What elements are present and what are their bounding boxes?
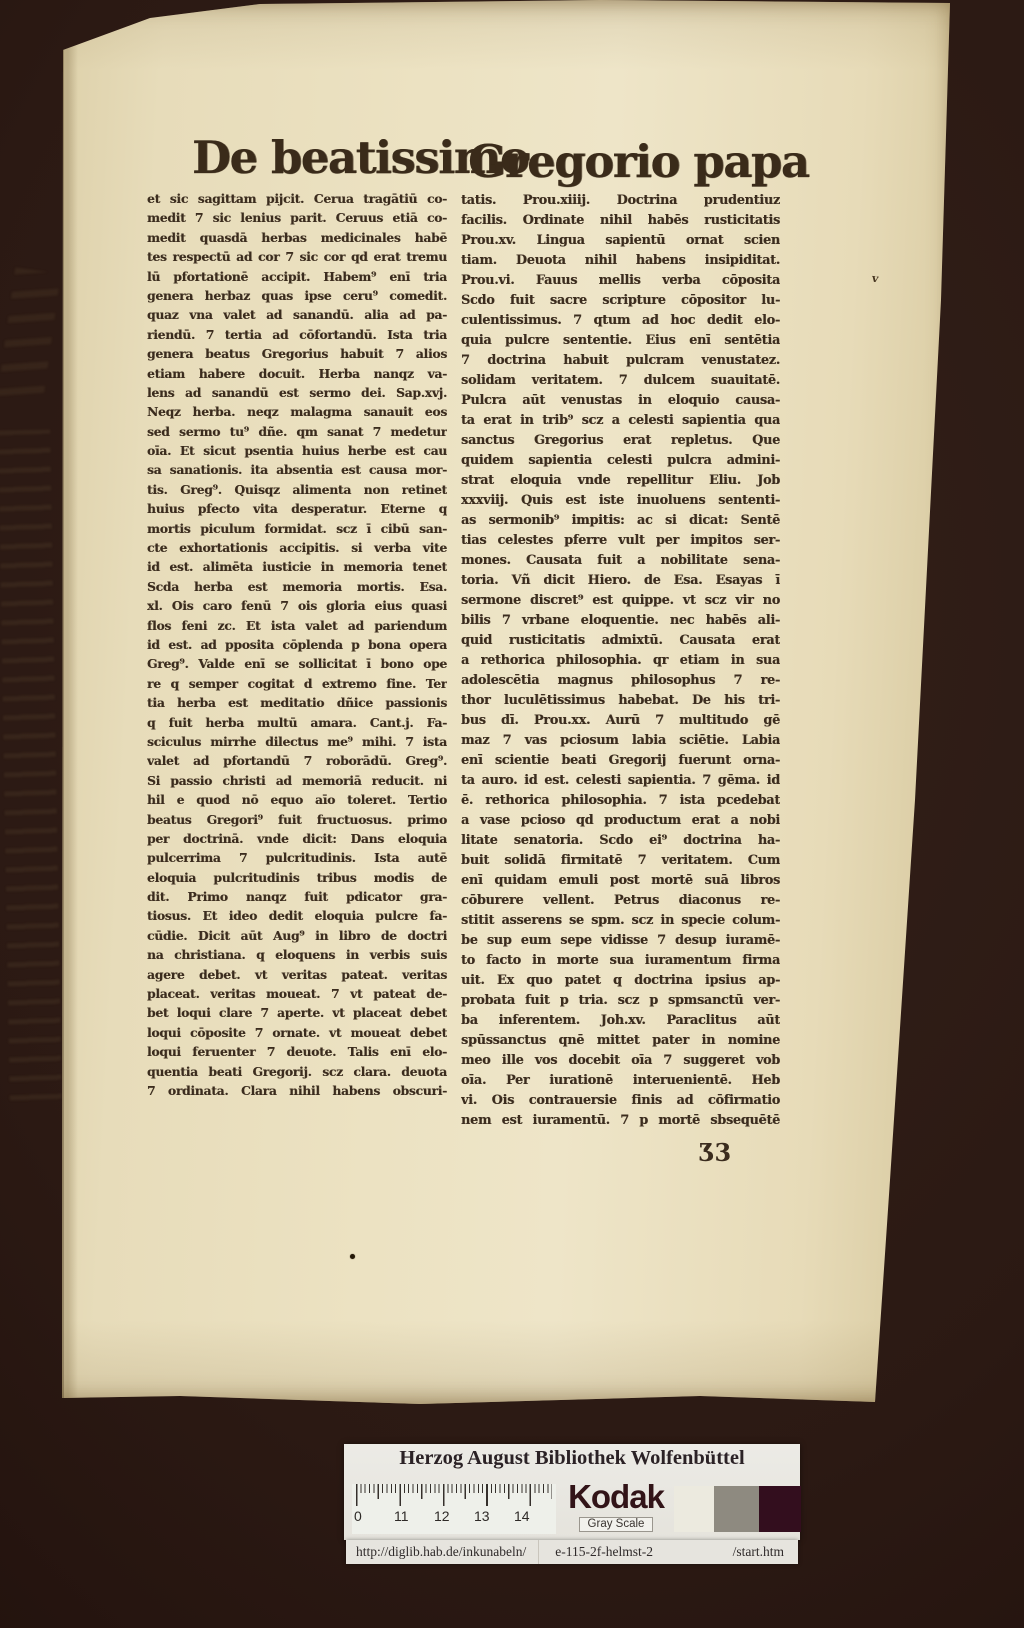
text-line: ba inferentem. Joh.xv. Paraclitus aūt	[461, 1011, 780, 1031]
text-line: medit quasdā herbas medicinales habē	[147, 228, 447, 247]
text-line: xl. Ois caro fenū 7 ois gloria eius quas…	[147, 596, 447, 615]
book-page: De beatissimo Gregorio papa et sic sagit…	[0, 0, 960, 1410]
gray-scale-patches	[674, 1486, 801, 1532]
url-page: /start.htm	[733, 1544, 784, 1560]
text-line: pulcerrima 7 pulcritudinis. Ista autē	[147, 848, 447, 867]
text-line: sermone discret⁹ est quippe. vt scz vir …	[461, 591, 780, 611]
text-line: loqui feruenter 7 deuote. Talis enī elo-	[147, 1042, 447, 1061]
text-line: agere debet. vt veritas pateat. veritas	[147, 965, 447, 984]
text-line: uit. Ex quo patet q doctrina ipsius ap-	[461, 971, 780, 991]
text-line: enī scientie beati Gregorij fuerunt orna…	[461, 751, 780, 771]
kodak-subtitle: Gray Scale	[579, 1517, 654, 1532]
text-line: bet loqui clare 7 aperte. vt placeat deb…	[147, 1003, 447, 1022]
text-line: nem est iuramentū. 7 p mortē sbsequētē	[461, 1111, 780, 1131]
text-line: tias celestes pferre vult per impitos se…	[461, 531, 780, 551]
text-line: probata fuit p tria. scz p spmsanctū ver…	[461, 991, 780, 1011]
text-line: mortis piculum formidat. scz ī cibū san-	[147, 519, 447, 538]
text-line: sanctus Gregorius erat repletus. Que	[461, 431, 780, 451]
text-line: to facto in morte sua iuramentum firma	[461, 951, 780, 971]
text-line: 7 ordinata. Clara nihil habens obscuri-	[147, 1081, 447, 1100]
text-line: per doctrinā. vnde dicit: Dans eloquia	[147, 829, 447, 848]
text-line: Scdo fuit sacre scripture cōpositor lu-	[461, 291, 780, 311]
text-line: ta auro. id est. celesti sapientia. 7 gē…	[461, 771, 780, 791]
text-line: dit. Primo nanqz fuit pdicator gra-	[147, 887, 447, 906]
text-line: lens ad sanandū est sermo dei. Sap.xvj.	[147, 383, 447, 402]
text-column-right: tatis. Prou.xiiij. Doctrina prudentiuzfa…	[461, 191, 780, 1131]
ghost-text-smudge	[0, 267, 61, 402]
text-line: a vase pcioso qd productum erat a nobi	[461, 811, 780, 831]
text-line: as sermonib⁹ impitis: ac si dicat: Sentē	[461, 511, 780, 531]
margin-mark: v	[871, 272, 879, 286]
library-name: Herzog August Bibliothek Wolfenbüttel	[344, 1447, 800, 1470]
text-line: adolescētia magnus philosophus 7 re-	[461, 671, 780, 691]
gutter-shadow	[62, 40, 78, 1400]
text-line: re q semper cogitat d extremo fine. Ter	[147, 674, 447, 693]
text-line: quaz vna valet ad sanandū. alia ad pa-	[147, 305, 447, 324]
text-line: meo ille vos docebit oīa 7 suggeret vob	[461, 1051, 780, 1071]
text-line: Pulcra aūt venustas in eloquio causa-	[461, 391, 780, 411]
text-line: 7 doctrina habuit pulcram venustatez.	[461, 351, 780, 371]
text-line: flos feni zc. Et ista valet ad pariendum	[147, 616, 447, 635]
text-line: cte exhortationis accipitis. si verba vi…	[147, 538, 447, 557]
text-line: spūssanctus qnē mittet pater in nomine	[461, 1031, 780, 1051]
reference-label: Herzog August Bibliothek Wolfenbüttel 01…	[344, 1444, 800, 1540]
text-line: a rethorica philosophia. qr etiam in sua	[461, 651, 780, 671]
ruler-number: 14	[514, 1508, 544, 1524]
url-strip: http://diglib.hab.de/inkunabeln/ e-115-2…	[346, 1540, 798, 1564]
gray-scale-patch-light	[674, 1486, 714, 1532]
text-line: loqui cōposite 7 ornate. vt moueat debet	[147, 1023, 447, 1042]
text-line: Scda herba est memoria mortis. Esa.	[147, 577, 447, 596]
text-line: valet ad pfortandū 7 roborādū. Greg⁹.	[147, 751, 447, 770]
text-line: cūdie. Dicit aūt Aug⁹ in libro de doctri	[147, 926, 447, 945]
text-line: quentia beati Gregorij. scz clara. deuot…	[147, 1062, 447, 1081]
text-line: toria. Vñ dicit Hiero. de Esa. Esayas ī	[461, 571, 780, 591]
text-line: solidam veritatem. 7 dulcem suauitatē.	[461, 371, 780, 391]
text-line: Greg⁹. Valde enī se sollicitat ī bono op…	[147, 654, 447, 673]
text-line: riendū. 7 tertia ad cōfortandū. Ista tri…	[147, 325, 447, 344]
text-line: tis. Greg⁹. Quisqz alimenta non retinet	[147, 480, 447, 499]
ruler-number: 13	[474, 1508, 504, 1524]
text-line: hil e quod nō equo aīo toleret. Tertio	[147, 790, 447, 809]
facing-page-edge	[0, 0, 66, 1410]
text-line: buit solidā firmitatē 7 veritatem. Cum	[461, 851, 780, 871]
kodak-block: Kodak Gray Scale	[558, 1480, 674, 1532]
text-line: Si passio christi ad memoriā reducit. ni	[147, 771, 447, 790]
text-line: et sic sagittam pijcit. Cerua tragātiū c…	[147, 189, 447, 208]
ruler-ticks	[356, 1484, 552, 1506]
text-line: maz 7 vas pciosum labia sciētie. Labia	[461, 731, 780, 751]
ruler-number: 0	[354, 1508, 384, 1524]
text-line: tiam. Deuota nihil habens insipiditat.	[461, 251, 780, 271]
text-line: tatis. Prou.xiiij. Doctrina prudentiuz	[461, 191, 780, 211]
text-line: tes respectū ad cor 7 sic cor qd erat tr…	[147, 247, 447, 266]
text-line: beatus Gregori⁹ fuit fructuosus. primo	[147, 810, 447, 829]
text-line: na christiana. q eloquens in verbis suis	[147, 945, 447, 964]
text-line: litate senatoria. Scdo ei⁹ doctrina ha-	[461, 831, 780, 851]
quire-signature: Ʒ3	[690, 1138, 740, 1167]
ruler-number: 12	[434, 1508, 464, 1524]
ruler: 011121314	[352, 1484, 556, 1534]
text-line: tia herba est meditatio dñice passionis	[147, 693, 447, 712]
text-line: eloquia pulcritudinis tribus modis de	[147, 868, 447, 887]
text-line: id est. alimēta iusticie in memoria tene…	[147, 557, 447, 576]
text-line: strat eloquia vnde repellitur Eliu. Job	[461, 471, 780, 491]
text-line: lū pfortationē accipit. Habem⁹ enī tria	[147, 267, 447, 286]
ghost-text-lines	[0, 430, 62, 1111]
gray-scale-patch-mid	[714, 1486, 759, 1532]
text-line: sciculus mirrhe dilectus me⁹ mihi. 7 ist…	[147, 732, 447, 751]
url-base: http://diglib.hab.de/inkunabeln/	[356, 1544, 526, 1560]
ruler-numbers: 011121314	[354, 1508, 544, 1524]
text-line: quidem sapientia celesti pulcra admini-	[461, 451, 780, 471]
text-line: xxxviij. Quis est iste inuoluens sentent…	[461, 491, 780, 511]
text-line: vi. Ois contrauersie finis ad cōfirmatio	[461, 1091, 780, 1111]
text-line: bus dī. Prou.xx. Aurū 7 multitudo gē	[461, 711, 780, 731]
text-line: id est. ad pposita cōplenda p bona opera	[147, 635, 447, 654]
text-line: quia pulcre sententie. Eius enī sentētia	[461, 331, 780, 351]
gray-scale-patch-dark	[759, 1486, 801, 1532]
text-line: sa sanationis. ita absentia est causa mo…	[147, 460, 447, 479]
text-line: ē. rethorica philosophia. 7 ista pcedeba…	[461, 791, 780, 811]
text-line: be sup eum sepe vidisse 7 desup iuramē-	[461, 931, 780, 951]
text-line: bilis 7 vrbane eloquentie. nec habēs ali…	[461, 611, 780, 631]
text-line: stitit asserens se spm. scz in specie co…	[461, 911, 780, 931]
text-line: medit 7 sic lenius parit. Ceruus etiā co…	[147, 208, 447, 227]
text-line: oīa. Per iurationē interuenientē. Heb	[461, 1071, 780, 1091]
page-header-left: De beatissimo	[192, 132, 428, 184]
text-line: tiosus. Et ideo dedit eloquia pulcre fa-	[147, 906, 447, 925]
text-line: enī quidam emuli post mortē suā libros	[461, 871, 780, 891]
text-line: sed sermo tu⁹ dñe. qm sanat 7 medetur	[147, 422, 447, 441]
kodak-brand: Kodak	[558, 1480, 674, 1514]
text-line: Prou.xv. Lingua sapientū ornat scien	[461, 231, 780, 251]
text-line: facilis. Ordinate nihil habēs rusticitat…	[461, 211, 780, 231]
ink-speck	[350, 1254, 355, 1259]
text-line: etiam habere docuit. Herba nanqz va-	[147, 364, 447, 383]
text-line: thor luculētissimus habebat. De his tri-	[461, 691, 780, 711]
label-seam	[538, 1540, 539, 1564]
shelfmark: e-115-2f-helmst-2	[555, 1544, 653, 1560]
text-line: genera beatus Gregorius habuit 7 alios	[147, 344, 447, 363]
text-line: genera herbaz quas ipse ceru⁹ comedit.	[147, 286, 447, 305]
text-line: mones. Causata fuit a nobilitate sena-	[461, 551, 780, 571]
text-line: placeat. veritas moueat. 7 vt pateat de-	[147, 984, 447, 1003]
text-column-left: et sic sagittam pijcit. Cerua tragātiū c…	[147, 189, 447, 1100]
digitized-book-photo: De beatissimo Gregorio papa et sic sagit…	[0, 0, 1024, 1628]
text-line: ta erat in trib⁹ scz a celesti sapientia…	[461, 411, 780, 431]
text-line: quid rusticitatis admixtū. Causata erat	[461, 631, 780, 651]
text-line: culentissimus. 7 qtum ad hoc dedit elo-	[461, 311, 780, 331]
text-line: q fuit herba multū amara. Cant.j. Fa-	[147, 713, 447, 732]
text-line: cōburere vellent. Petrus diaconus re-	[461, 891, 780, 911]
page-header-right: Gregorio papa	[468, 136, 708, 188]
text-line: huius pfecto vita desperatur. Eterne q	[147, 499, 447, 518]
text-line: Prou.vi. Fauus mellis verba cōposita	[461, 271, 780, 291]
ruler-number: 11	[394, 1508, 424, 1524]
text-line: Neqz herba. neqz malagma sanauit eos	[147, 402, 447, 421]
text-line: oīa. Et sicut psentia huius herbe est ca…	[147, 441, 447, 460]
